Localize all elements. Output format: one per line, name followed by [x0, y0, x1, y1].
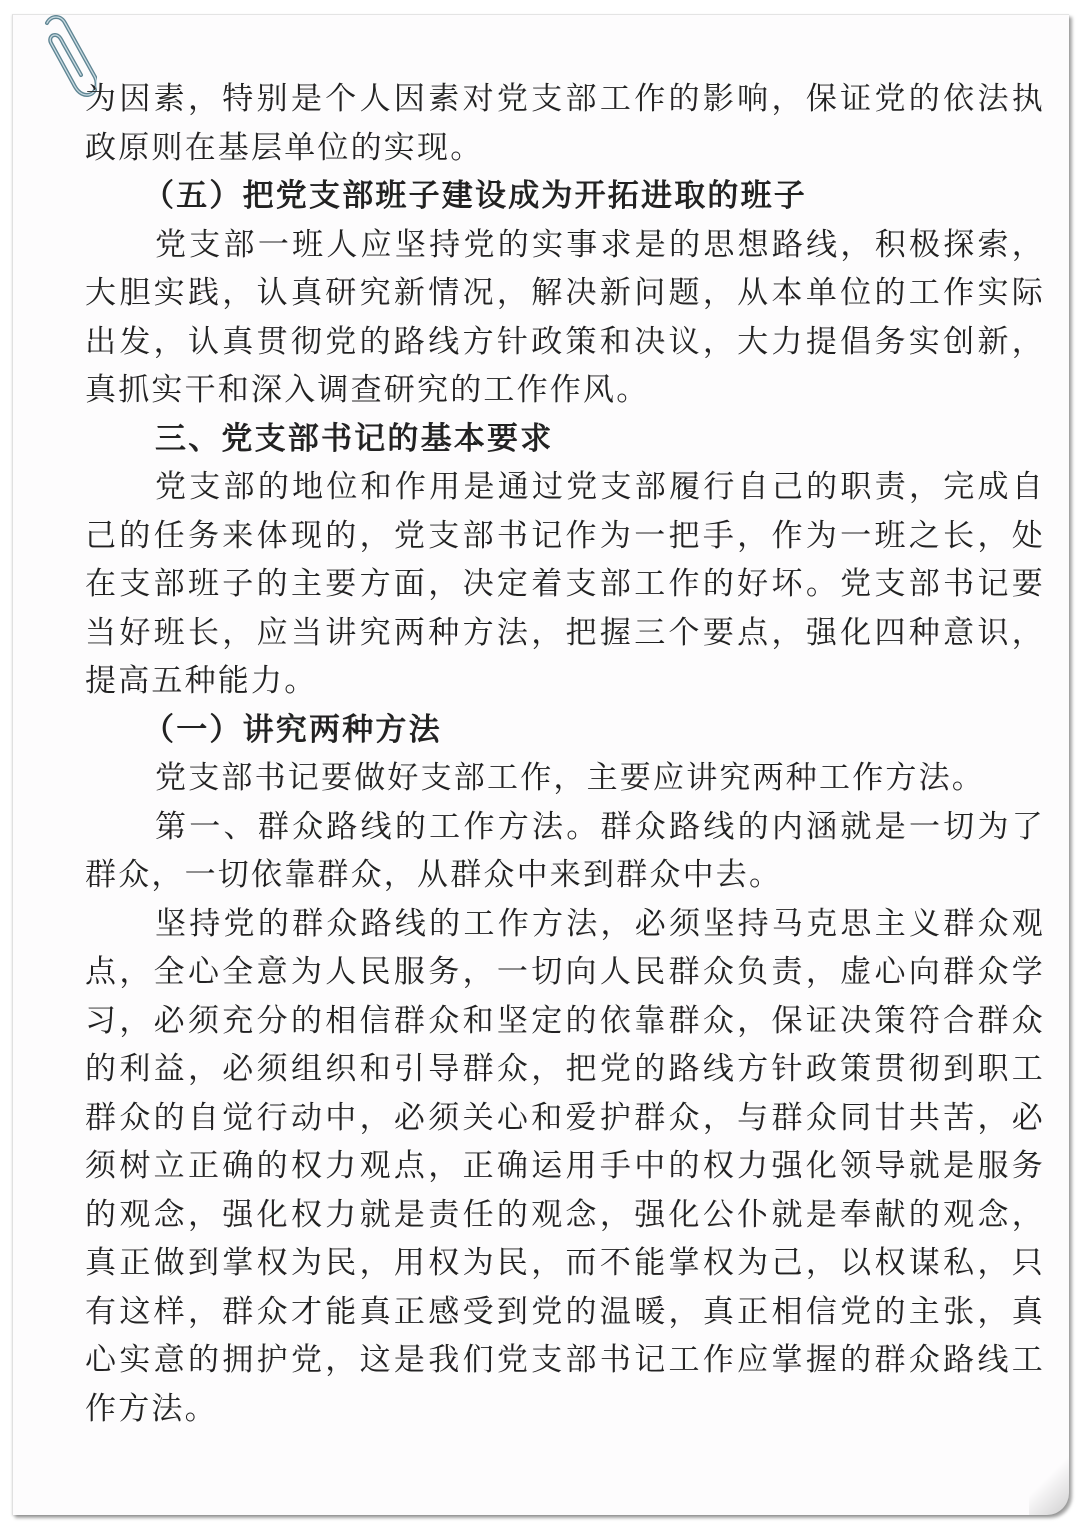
paragraph-line: 第一、群众路线的工作方法。群众路线的内涵就是一切为了 — [85, 803, 1045, 852]
section-heading: （五）把党支部班子建设成为开拓进取的班子 — [85, 172, 1045, 221]
paragraph-line: 在支部班子的主要方面，决定着支部工作的好坏。党支部书记要 — [85, 560, 1045, 609]
paragraph-line: 真正做到掌权为民，用权为民，而不能掌权为己，以权谋私，只 — [85, 1239, 1045, 1288]
paragraph-line: 当好班长，应当讲究两种方法，把握三个要点，强化四种意识， — [85, 609, 1045, 658]
paragraph-line: 须树立正确的权力观点，正确运用手中的权力强化领导就是服务 — [85, 1142, 1045, 1191]
document-body: 为因素，特别是个人因素对党支部工作的影响，保证党的依法执 政原则在基层单位的实现… — [85, 75, 1045, 1433]
paragraph-line: 的利益，必须组织和引导群众，把党的路线方针政策贯彻到职工 — [85, 1045, 1045, 1094]
document-page: 为因素，特别是个人因素对党支部工作的影响，保证党的依法执 政原则在基层单位的实现… — [12, 14, 1069, 1515]
paragraph-line: 政原则在基层单位的实现。 — [85, 124, 1045, 173]
paragraph-line: 的观念，强化权力就是责任的观念，强化公仆就是奉献的观念， — [85, 1191, 1045, 1240]
paragraph-line: 作方法。 — [85, 1385, 1045, 1434]
paragraph-line: 习，必须充分的相信群众和坚定的依靠群众，保证决策符合群众 — [85, 997, 1045, 1046]
paragraph-line: 点，全心全意为人民服务，一切向人民群众负责，虚心向群众学 — [85, 948, 1045, 997]
paragraph-line: 己的任务来体现的，党支部书记作为一把手，作为一班之长，处 — [85, 512, 1045, 561]
paragraph-line: 党支部一班人应坚持党的实事求是的思想路线，积极探索， — [85, 221, 1045, 270]
paragraph-line: 大胆实践，认真研究新情况，解决新问题，从本单位的工作实际 — [85, 269, 1045, 318]
paragraph-line: 党支部书记要做好支部工作，主要应讲究两种工作方法。 — [85, 754, 1045, 803]
chapter-heading: 三、党支部书记的基本要求 — [85, 415, 1045, 464]
paragraph-line: 心实意的拥护党，这是我们党支部书记工作应掌握的群众路线工 — [85, 1336, 1045, 1385]
paragraph-line: 提高五种能力。 — [85, 657, 1045, 706]
paragraph-line: 群众的自觉行动中，必须关心和爱护群众，与群众同甘共苦，必 — [85, 1094, 1045, 1143]
paragraph-line: 有这样，群众才能真正感受到党的温暖，真正相信党的主张，真 — [85, 1288, 1045, 1337]
paragraph-line: 坚持党的群众路线的工作方法，必须坚持马克思主义群众观 — [85, 900, 1045, 949]
paragraph-line: 为因素，特别是个人因素对党支部工作的影响，保证党的依法执 — [85, 75, 1045, 124]
section-heading: （一）讲究两种方法 — [85, 706, 1045, 755]
paragraph-line: 真抓实干和深入调查研究的工作作风。 — [85, 366, 1045, 415]
paragraph-line: 群众，一切依靠群众，从群众中来到群众中去。 — [85, 851, 1045, 900]
paragraph-line: 出发，认真贯彻党的路线方针政策和决议，大力提倡务实创新， — [85, 318, 1045, 367]
paragraph-line: 党支部的地位和作用是通过党支部履行自己的职责，完成自 — [85, 463, 1045, 512]
